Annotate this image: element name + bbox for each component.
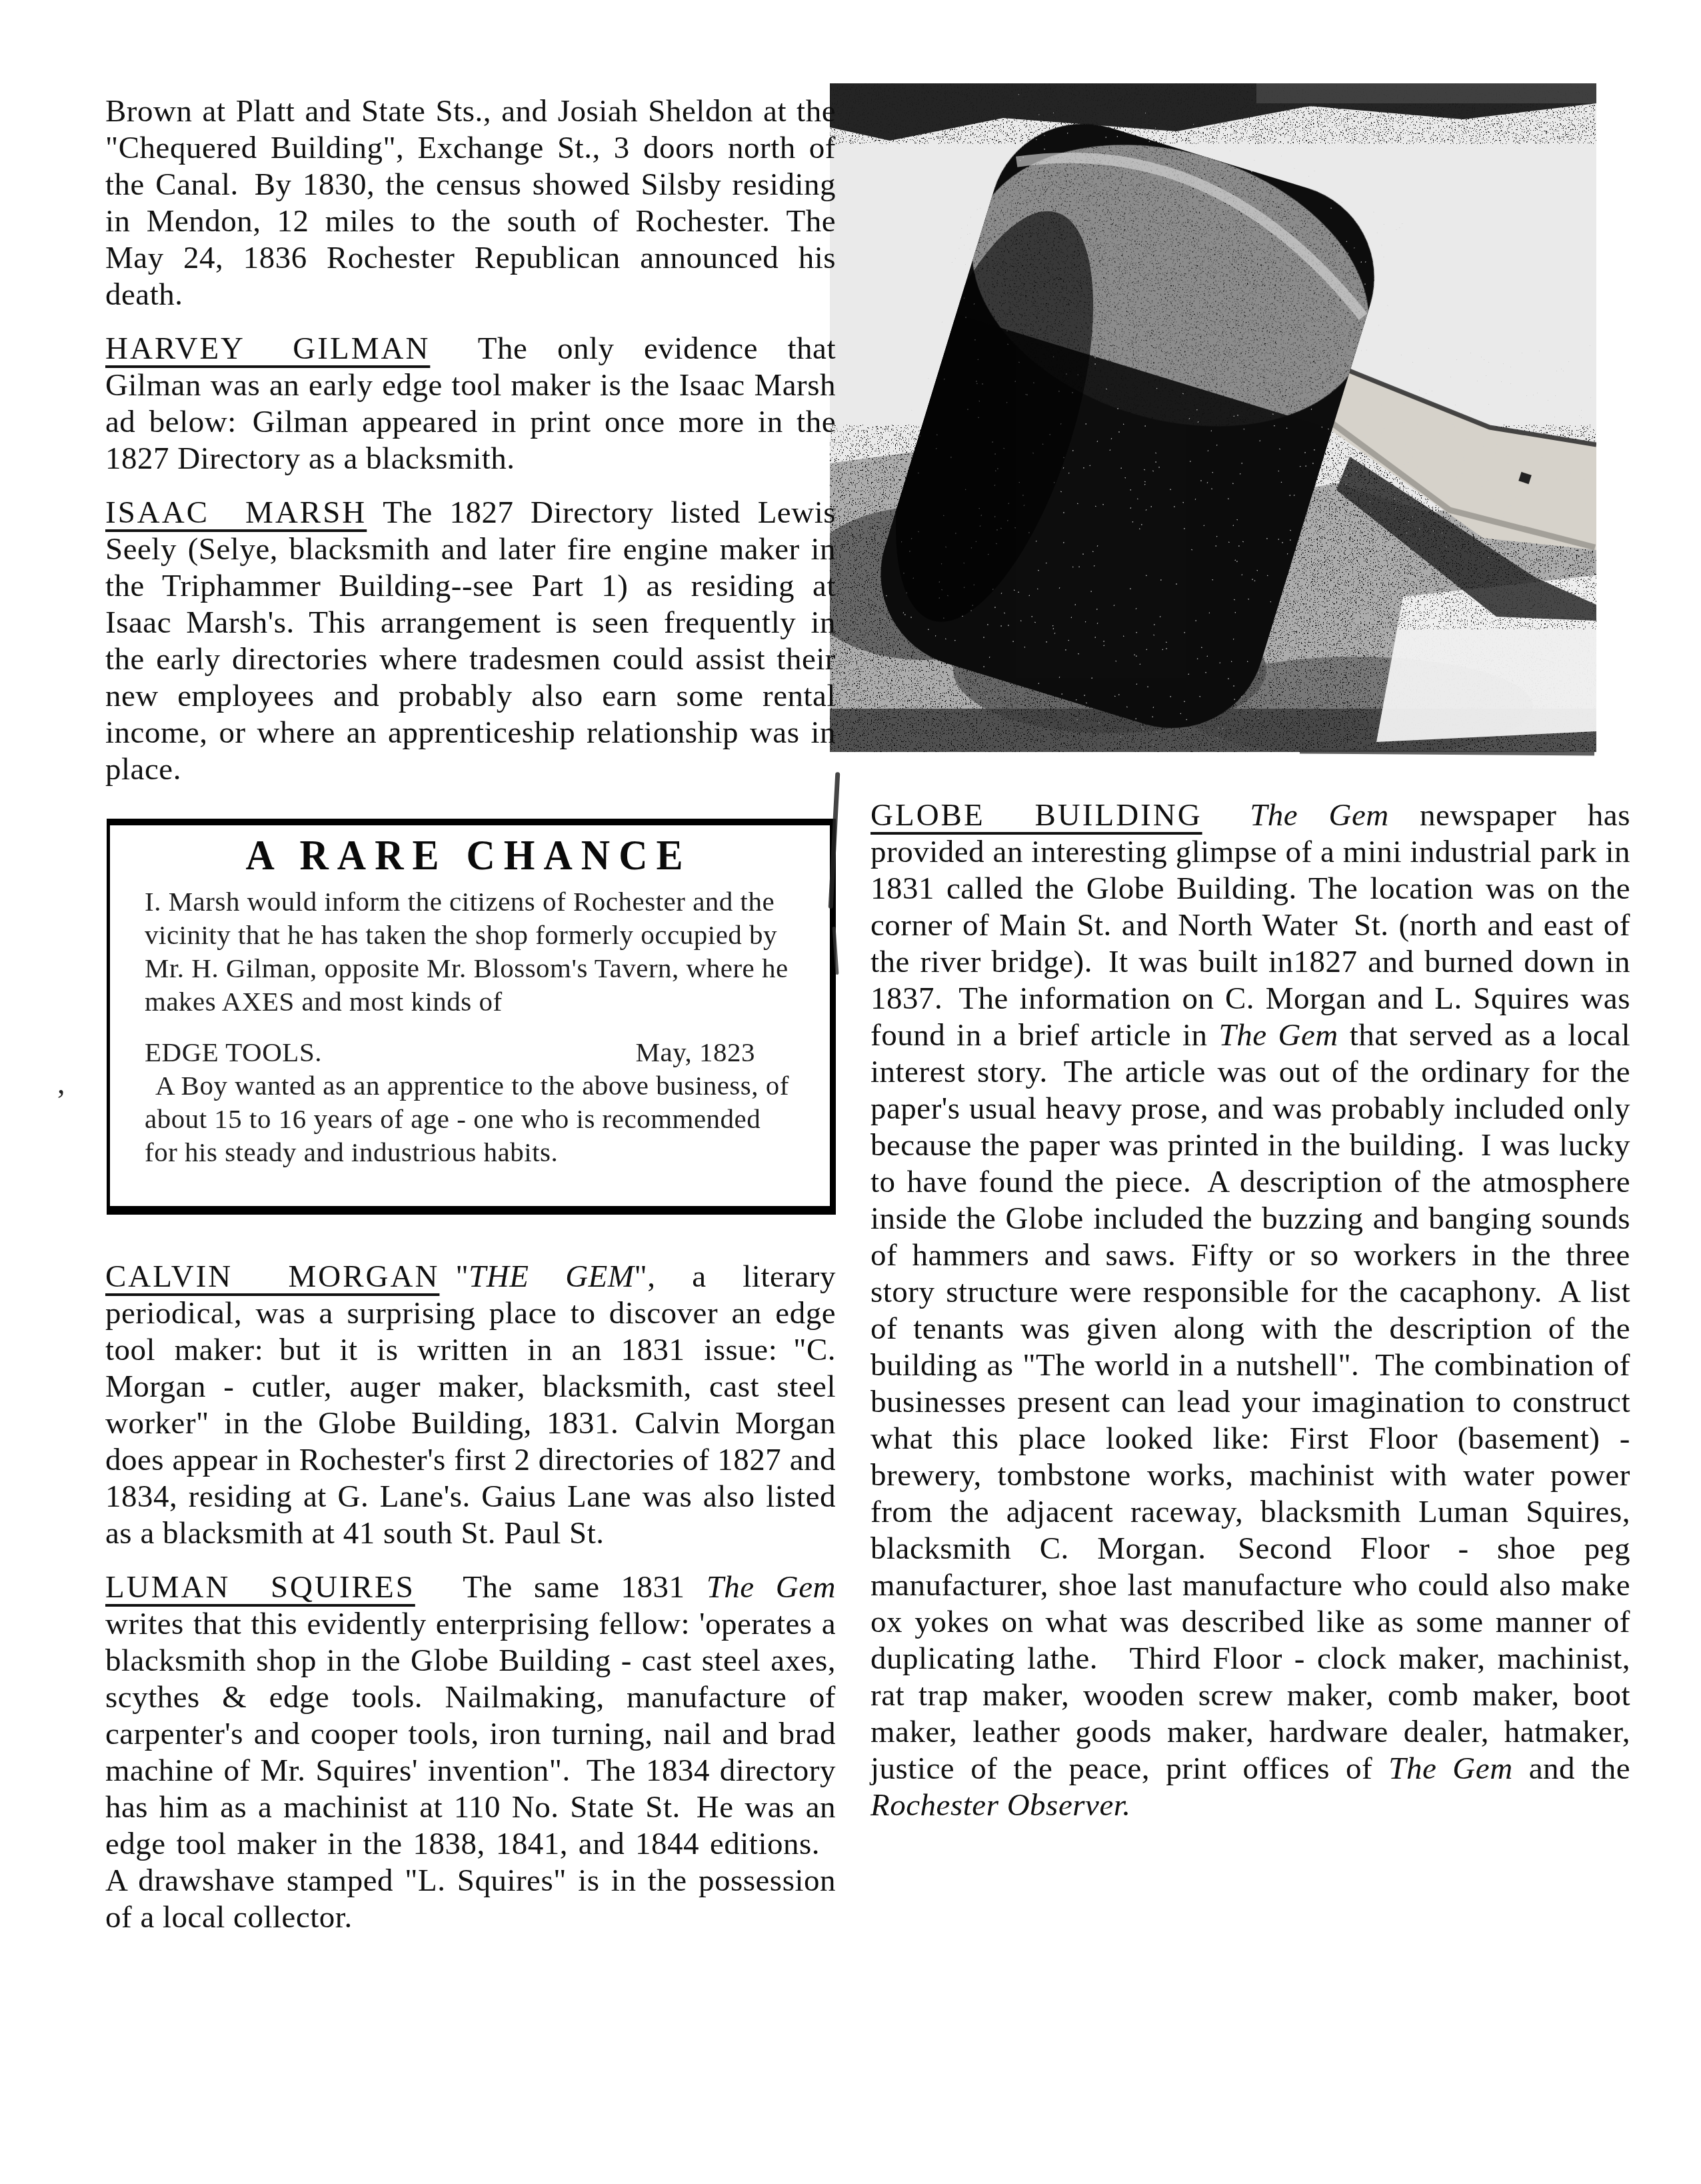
ad-title: A RARE CHANCE (145, 837, 793, 875)
right-column: GLOBE BUILDING The Gem newspaper has pro… (870, 797, 1630, 1841)
text-run-plain: " (439, 1259, 469, 1294)
ad-edge-tools-text: EDGE TOOLS. (145, 1035, 322, 1069)
text-run-i: THE GEM (469, 1259, 634, 1294)
text-run-plain: and the (1513, 1751, 1639, 1786)
ad-date: May, 1823 (636, 1035, 756, 1069)
text-run-i: The Gem (1388, 1751, 1512, 1786)
paragraph-isaac-marsh: ISAAC MARSH The 1827 Directory listed Le… (105, 495, 836, 788)
ad-body-first: I. Marsh would inform the citizens of Ro… (145, 885, 793, 1018)
text-run-plain: The 1827 Directory listed Lewis Seely (S… (105, 495, 844, 787)
text-run-head: HARVEY GILMAN (105, 331, 430, 366)
paragraph-globe-building: GLOBE BUILDING The Gem newspaper has pro… (870, 797, 1630, 1824)
text-run-head: LUMAN SQUIRES (105, 1570, 415, 1605)
text-run-head: GLOBE BUILDING (870, 798, 1202, 833)
rare-chance-ad-box: A RARE CHANCE I. Marsh would inform the … (107, 819, 836, 1215)
text-run-i: The Gem (1250, 798, 1389, 833)
paragraph-harvey-gilman: HARVEY GILMAN The only evidence that Gil… (105, 331, 836, 477)
text-run-plain (1202, 798, 1250, 833)
axe-mallet-photo (830, 83, 1596, 752)
photo-top-shadow-right (1256, 83, 1596, 103)
text-run-plain: ", a literary periodical, was a surprisi… (105, 1259, 844, 1551)
text-run-plain: Brown at Platt and State Sts., and Josia… (105, 94, 844, 312)
text-run-i: Rochester Observer. (870, 1788, 1131, 1823)
text-run-plain: writes that this evidently enterprising … (105, 1570, 844, 1935)
text-run-plain: The same 1831 (415, 1570, 707, 1605)
text-run-head: ISAAC MARSH (105, 495, 367, 530)
ad-edge-tools-line: EDGE TOOLS. May, 1823 (145, 1035, 793, 1069)
left-column: Brown at Platt and State Sts., and Josia… (105, 93, 836, 1953)
text-run-i: The Gem (1219, 1018, 1338, 1053)
scanned-newsletter-page: Brown at Platt and State Sts., and Josia… (0, 0, 1701, 2184)
text-run-plain: newspaper has provided an interesting gl… (870, 798, 1638, 1053)
text-run-head: CALVIN MORGAN (105, 1259, 439, 1294)
axe-mallet-photo-graphic (830, 83, 1596, 752)
text-run-i: The Gem (707, 1570, 836, 1605)
text-run-plain: that served as a local interest story. T… (870, 1018, 1638, 1786)
scan-artifact-comma: , (57, 1065, 65, 1101)
paragraph-luman-squires: LUMAN SQUIRES The same 1831 The Gem writ… (105, 1569, 836, 1936)
paragraph-silsby-death: Brown at Platt and State Sts., and Josia… (105, 93, 836, 313)
paragraph-calvin-morgan: CALVIN MORGAN "THE GEM", a literary peri… (105, 1259, 836, 1552)
ad-body-second: A Boy wanted as an apprentice to the abo… (145, 1069, 793, 1169)
